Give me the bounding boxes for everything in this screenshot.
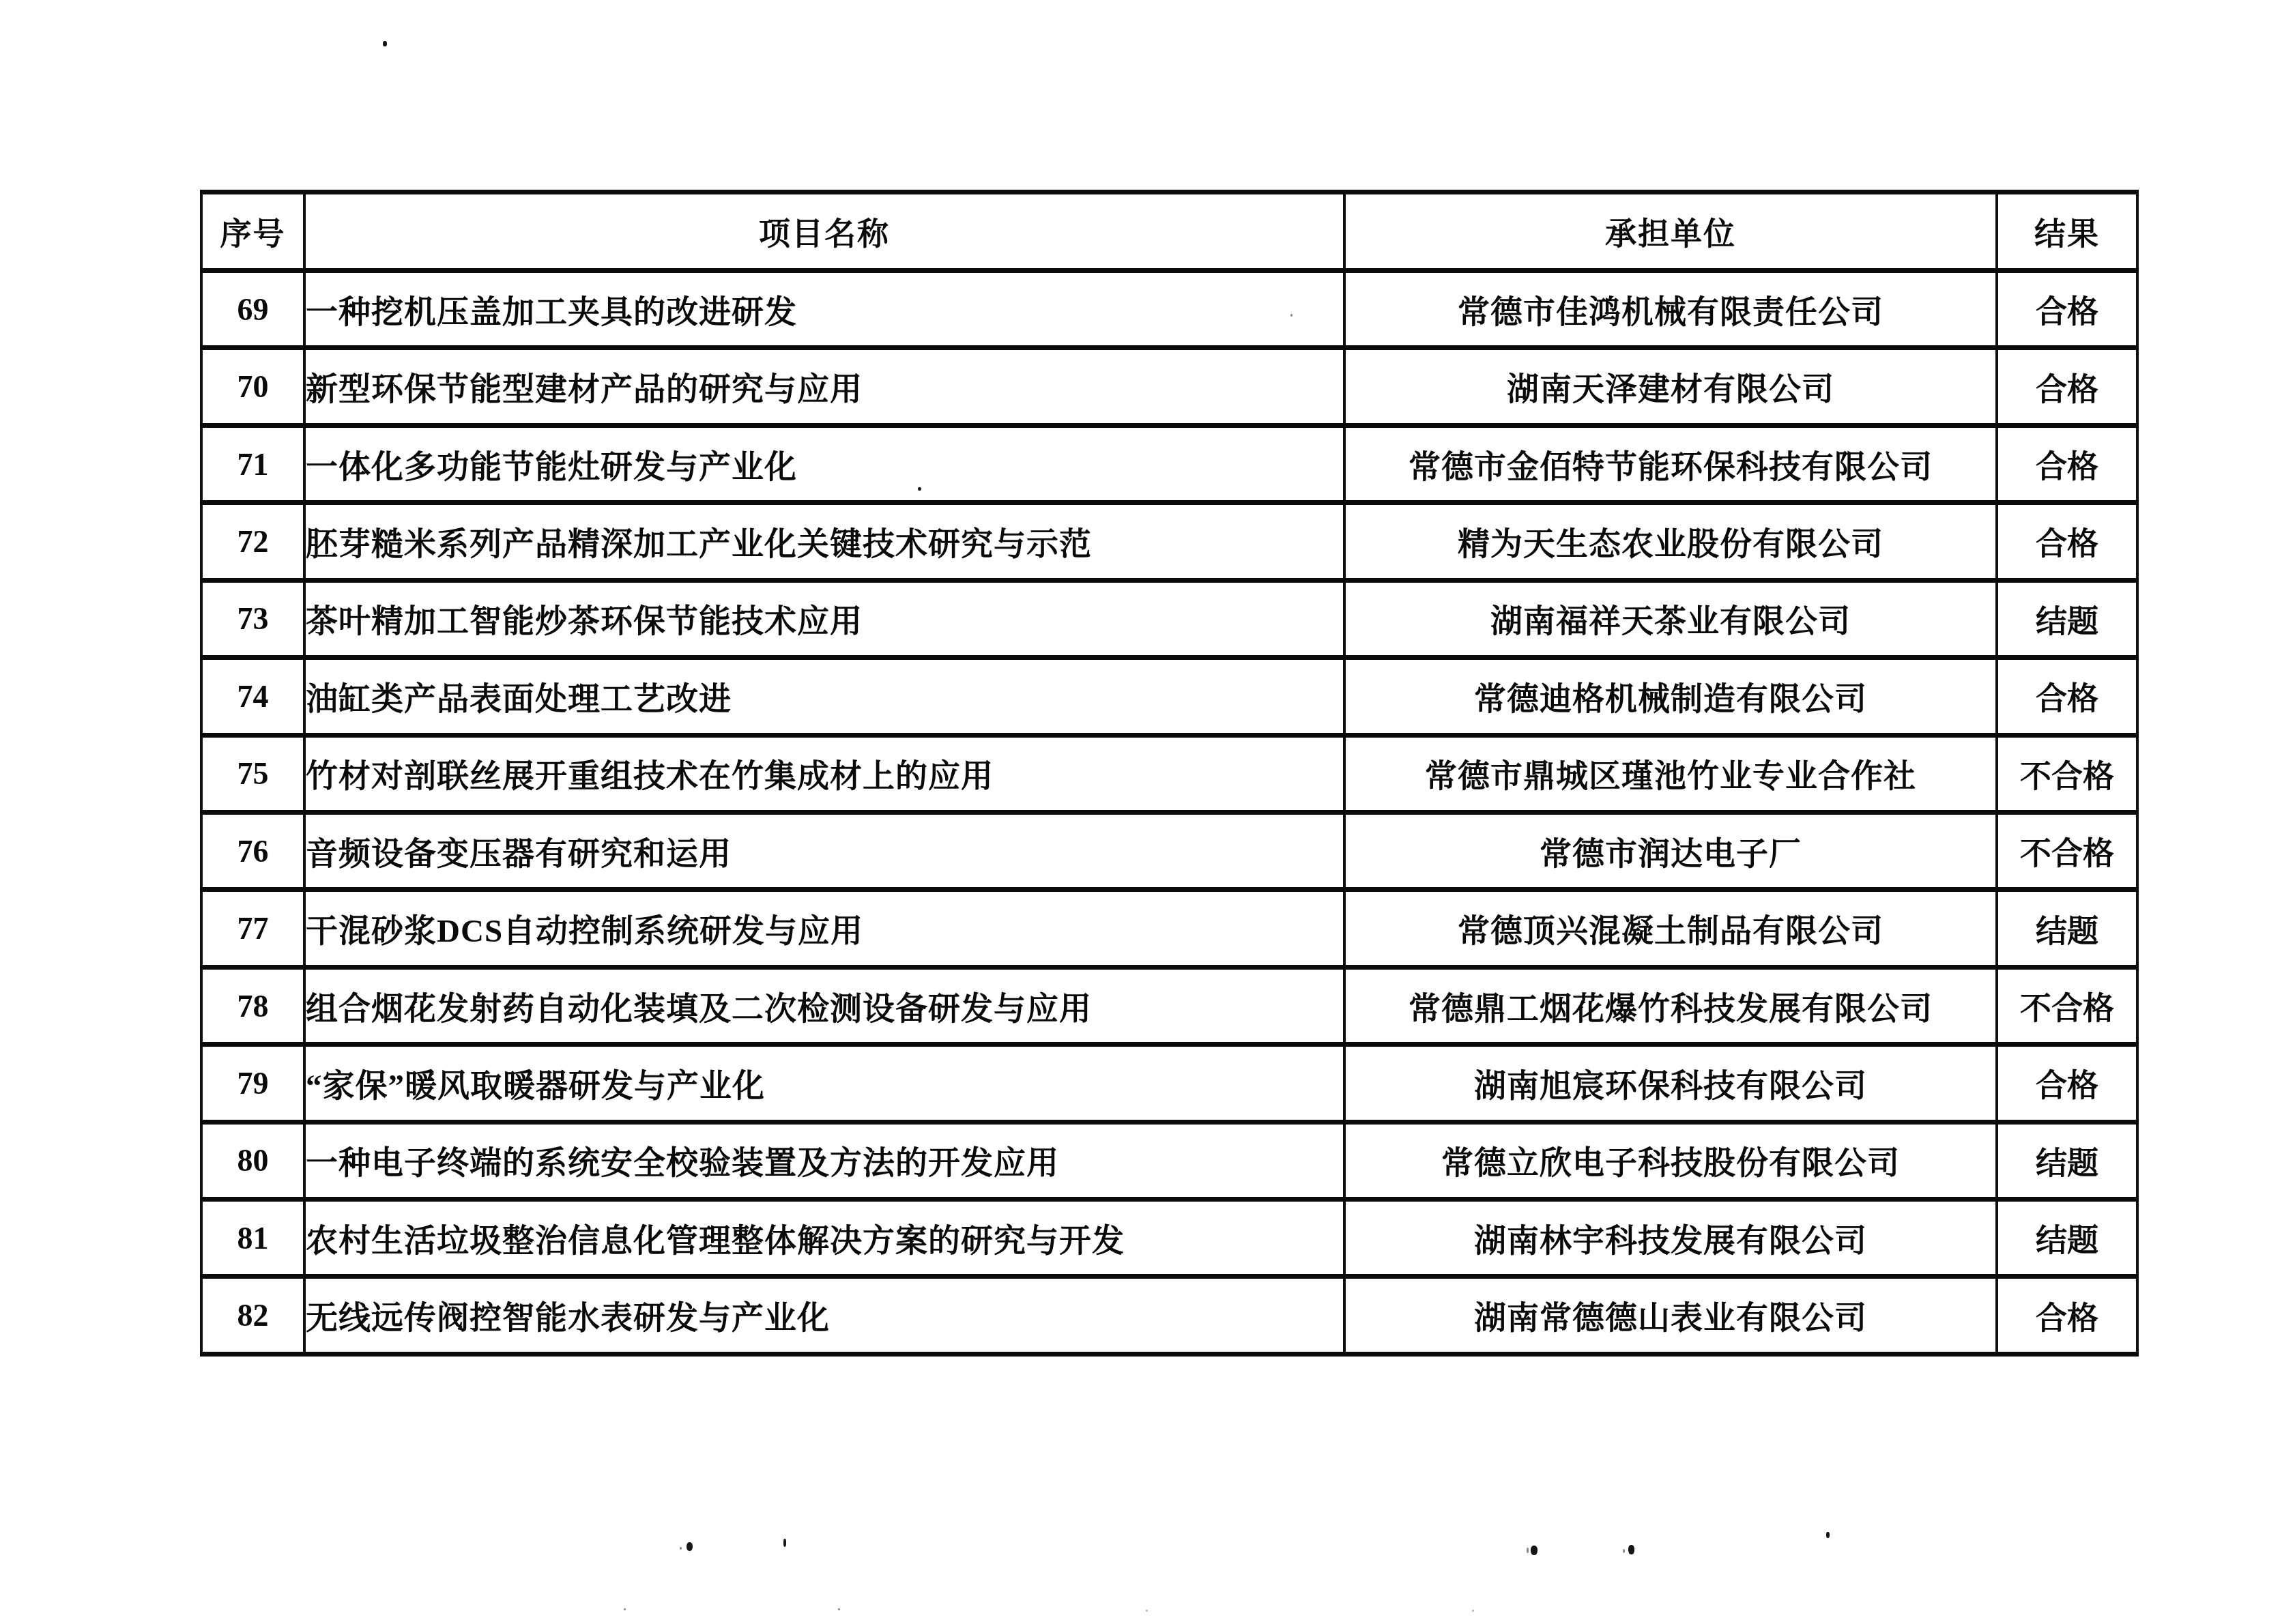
cell-result: 结题 <box>1997 1200 2137 1277</box>
header-result: 结果 <box>1997 192 2137 271</box>
cell-result: 不合格 <box>1997 735 2137 812</box>
cell-project-name: 无线远传阀控智能水表研发与产业化 <box>304 1277 1344 1354</box>
cell-undertaking-unit: 常德市金佰特节能环保科技有限公司 <box>1344 425 1997 502</box>
scan-speck <box>383 41 387 46</box>
cell-result: 合格 <box>1997 348 2137 425</box>
cell-serial-number: 71 <box>201 425 304 502</box>
scanned-document-page: 序号 项目名称 承担单位 结果 69 一种挖机压盖加工夹具的改进研发 常德市佳鸿… <box>0 0 2295 1624</box>
table-row: 72 胚芽糙米系列产品精深加工产业化关键技术研究与示范 精为天生态农业股份有限公… <box>201 503 2137 580</box>
scan-speck <box>1290 314 1293 317</box>
cell-result: 合格 <box>1997 425 2137 502</box>
cell-project-name: 一体化多功能节能灶研发与产业化 <box>304 425 1344 502</box>
scan-speck <box>1472 1610 1474 1612</box>
cell-project-name: 茶叶精加工智能炒茶环保节能技术应用 <box>304 580 1344 657</box>
table-row: 74 油缸类产品表面处理工艺改进 常德迪格机械制造有限公司 合格 <box>201 658 2137 735</box>
scan-speck <box>624 1608 626 1610</box>
table-row: 70 新型环保节能型建材产品的研究与应用 湖南天泽建材有限公司 合格 <box>201 348 2137 425</box>
cell-undertaking-unit: 常德市鼎城区瑾池竹业专业合作社 <box>1344 735 1997 812</box>
table-row: 80 一种电子终端的系统安全校验装置及方法的开发应用 常德立欣电子科技股份有限公… <box>201 1122 2137 1199</box>
scan-speck <box>783 1539 786 1547</box>
table-row: 73 茶叶精加工智能炒茶环保节能技术应用 湖南福祥天茶业有限公司 结题 <box>201 580 2137 657</box>
cell-undertaking-unit: 精为天生态农业股份有限公司 <box>1344 503 1997 580</box>
cell-serial-number: 76 <box>201 812 304 889</box>
table-row: 77 干混砂浆DCS自动控制系统研发与应用 常德顶兴混凝土制品有限公司 结题 <box>201 890 2137 967</box>
cell-result: 合格 <box>1997 503 2137 580</box>
cell-result: 结题 <box>1997 890 2137 967</box>
scan-speck <box>1628 1545 1634 1554</box>
cell-undertaking-unit: 常德鼎工烟花爆竹科技发展有限公司 <box>1344 967 1997 1044</box>
scan-speck <box>1146 1610 1148 1612</box>
cell-project-name: 一种挖机压盖加工夹具的改进研发 <box>304 271 1344 348</box>
cell-undertaking-unit: 常德市佳鸿机械有限责任公司 <box>1344 271 1997 348</box>
cell-result: 合格 <box>1997 271 2137 348</box>
cell-undertaking-unit: 常德顶兴混凝土制品有限公司 <box>1344 890 1997 967</box>
cell-project-name: 胚芽糙米系列产品精深加工产业化关键技术研究与示范 <box>304 503 1344 580</box>
project-results-table: 序号 项目名称 承担单位 结果 69 一种挖机压盖加工夹具的改进研发 常德市佳鸿… <box>200 190 2139 1357</box>
cell-result: 合格 <box>1997 1045 2137 1122</box>
table-row: 69 一种挖机压盖加工夹具的改进研发 常德市佳鸿机械有限责任公司 合格 <box>201 271 2137 348</box>
cell-serial-number: 79 <box>201 1045 304 1122</box>
cell-serial-number: 74 <box>201 658 304 735</box>
cell-serial-number: 77 <box>201 890 304 967</box>
scan-speck <box>687 1542 693 1551</box>
cell-project-name: “家保”暖风取暖器研发与产业化 <box>304 1045 1344 1122</box>
cell-serial-number: 82 <box>201 1277 304 1354</box>
table-row: 81 农村生活垃圾整治信息化管理整体解决方案的研究与开发 湖南林宇科技发展有限公… <box>201 1200 2137 1277</box>
scan-speck <box>838 1608 840 1610</box>
cell-project-name: 竹材对剖联丝展开重组技术在竹集成材上的应用 <box>304 735 1344 812</box>
cell-serial-number: 69 <box>201 271 304 348</box>
table-row: 75 竹材对剖联丝展开重组技术在竹集成材上的应用 常德市鼎城区瑾池竹业专业合作社… <box>201 735 2137 812</box>
scan-speck <box>1527 1548 1529 1553</box>
cell-result: 结题 <box>1997 580 2137 657</box>
table-row: 82 无线远传阀控智能水表研发与产业化 湖南常德德山表业有限公司 合格 <box>201 1277 2137 1354</box>
table-header-row: 序号 项目名称 承担单位 结果 <box>201 192 2137 271</box>
cell-serial-number: 73 <box>201 580 304 657</box>
cell-serial-number: 81 <box>201 1200 304 1277</box>
scan-speck <box>1623 1549 1625 1553</box>
table-row: 78 组合烟花发射药自动化装填及二次检测设备研发与应用 常德鼎工烟花爆竹科技发展… <box>201 967 2137 1044</box>
cell-undertaking-unit: 湖南常德德山表业有限公司 <box>1344 1277 1997 1354</box>
cell-undertaking-unit: 常德立欣电子科技股份有限公司 <box>1344 1122 1997 1199</box>
cell-serial-number: 70 <box>201 348 304 425</box>
cell-project-name: 音频设备变压器有研究和运用 <box>304 812 1344 889</box>
cell-serial-number: 72 <box>201 503 304 580</box>
table-row: 79 “家保”暖风取暖器研发与产业化 湖南旭宸环保科技有限公司 合格 <box>201 1045 2137 1122</box>
scan-speck <box>918 487 921 491</box>
cell-result: 结题 <box>1997 1122 2137 1199</box>
cell-serial-number: 80 <box>201 1122 304 1199</box>
cell-serial-number: 75 <box>201 735 304 812</box>
scan-speck <box>1826 1532 1830 1538</box>
cell-project-name: 油缸类产品表面处理工艺改进 <box>304 658 1344 735</box>
cell-project-name: 新型环保节能型建材产品的研究与应用 <box>304 348 1344 425</box>
table-row: 71 一体化多功能节能灶研发与产业化 常德市金佰特节能环保科技有限公司 合格 <box>201 425 2137 502</box>
table-row: 76 音频设备变压器有研究和运用 常德市润达电子厂 不合格 <box>201 812 2137 889</box>
header-undertaking-unit: 承担单位 <box>1344 192 1997 271</box>
cell-undertaking-unit: 常德市润达电子厂 <box>1344 812 1997 889</box>
cell-undertaking-unit: 湖南福祥天茶业有限公司 <box>1344 580 1997 657</box>
scan-speck <box>1531 1546 1538 1555</box>
scan-speck <box>680 1547 682 1550</box>
cell-project-name: 一种电子终端的系统安全校验装置及方法的开发应用 <box>304 1122 1344 1199</box>
table-body: 69 一种挖机压盖加工夹具的改进研发 常德市佳鸿机械有限责任公司 合格 70 新… <box>201 271 2137 1354</box>
cell-undertaking-unit: 常德迪格机械制造有限公司 <box>1344 658 1997 735</box>
cell-project-name: 农村生活垃圾整治信息化管理整体解决方案的研究与开发 <box>304 1200 1344 1277</box>
cell-undertaking-unit: 湖南旭宸环保科技有限公司 <box>1344 1045 1997 1122</box>
cell-result: 不合格 <box>1997 812 2137 889</box>
cell-project-name: 干混砂浆DCS自动控制系统研发与应用 <box>304 890 1344 967</box>
cell-result: 不合格 <box>1997 967 2137 1044</box>
cell-undertaking-unit: 湖南天泽建材有限公司 <box>1344 348 1997 425</box>
cell-result: 合格 <box>1997 1277 2137 1354</box>
header-project-name: 项目名称 <box>304 192 1344 271</box>
cell-undertaking-unit: 湖南林宇科技发展有限公司 <box>1344 1200 1997 1277</box>
cell-project-name: 组合烟花发射药自动化装填及二次检测设备研发与应用 <box>304 967 1344 1044</box>
cell-result: 合格 <box>1997 658 2137 735</box>
header-serial-number: 序号 <box>201 192 304 271</box>
cell-serial-number: 78 <box>201 967 304 1044</box>
